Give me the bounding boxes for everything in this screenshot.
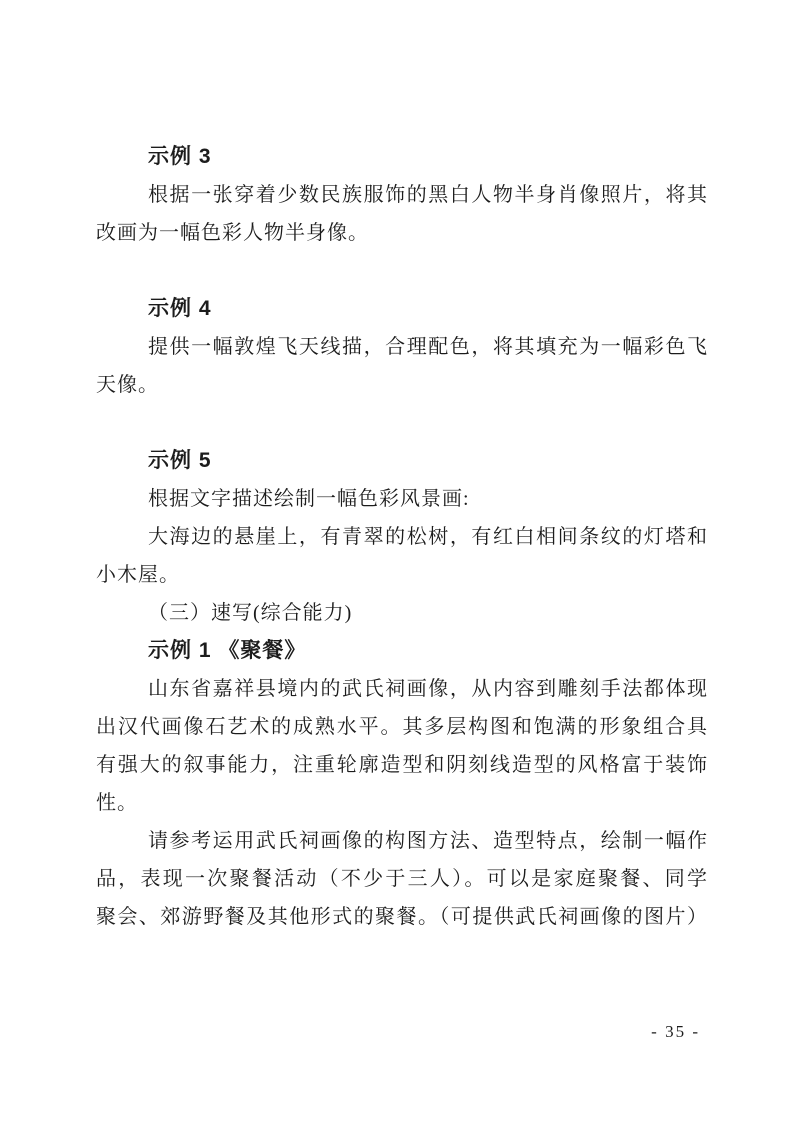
text-line: 有强大的叙事能力，注重轮廓造型和阴刻线造型的风格富于装饰 [96,746,708,784]
text-line: 小木屋。 [96,556,708,594]
subsection-title-sketch: （三）速写(综合能力) [96,594,708,632]
heading-example-1-dinner: 示例 1 《聚餐》 [96,632,708,670]
text-line: 品，表现一次聚餐活动（不少于三人）。可以是家庭聚餐、同学 [96,860,708,898]
text-line: 大海边的悬崖上，有青翠的松树，有红白相间条纹的灯塔和 [96,518,708,556]
document-page: 示例 3 根据一张穿着少数民族服饰的黑白人物半身肖像照片，将其 改画为一幅色彩人… [0,0,794,1123]
text-line: 性。 [96,784,708,822]
heading-example-3: 示例 3 [96,138,708,176]
heading-example-4: 示例 4 [96,290,708,328]
text-line: 天像。 [96,366,708,404]
page-number: - 35 - [651,1020,700,1044]
blank-line [96,252,708,290]
text-line: 出汉代画像石艺术的成熟水平。其多层构图和饱满的形象组合具 [96,708,708,746]
text-line: 山东省嘉祥县境内的武氏祠画像，从内容到雕刻手法都体现 [96,670,708,708]
text-line: 提供一幅敦煌飞天线描，合理配色，将其填充为一幅彩色飞 [96,328,708,366]
text-line: 改画为一幅色彩人物半身像。 [96,214,708,252]
blank-line [96,404,708,442]
text-line: 请参考运用武氏祠画像的构图方法、造型特点，绘制一幅作 [96,822,708,860]
heading-example-5: 示例 5 [96,442,708,480]
page-body: 示例 3 根据一张穿着少数民族服饰的黑白人物半身肖像照片，将其 改画为一幅色彩人… [96,138,708,936]
text-line: 聚会、郊游野餐及其他形式的聚餐。（可提供武氏祠画像的图片） [96,898,708,936]
text-line: 根据文字描述绘制一幅色彩风景画: [96,480,708,518]
text-line: 根据一张穿着少数民族服饰的黑白人物半身肖像照片，将其 [96,176,708,214]
